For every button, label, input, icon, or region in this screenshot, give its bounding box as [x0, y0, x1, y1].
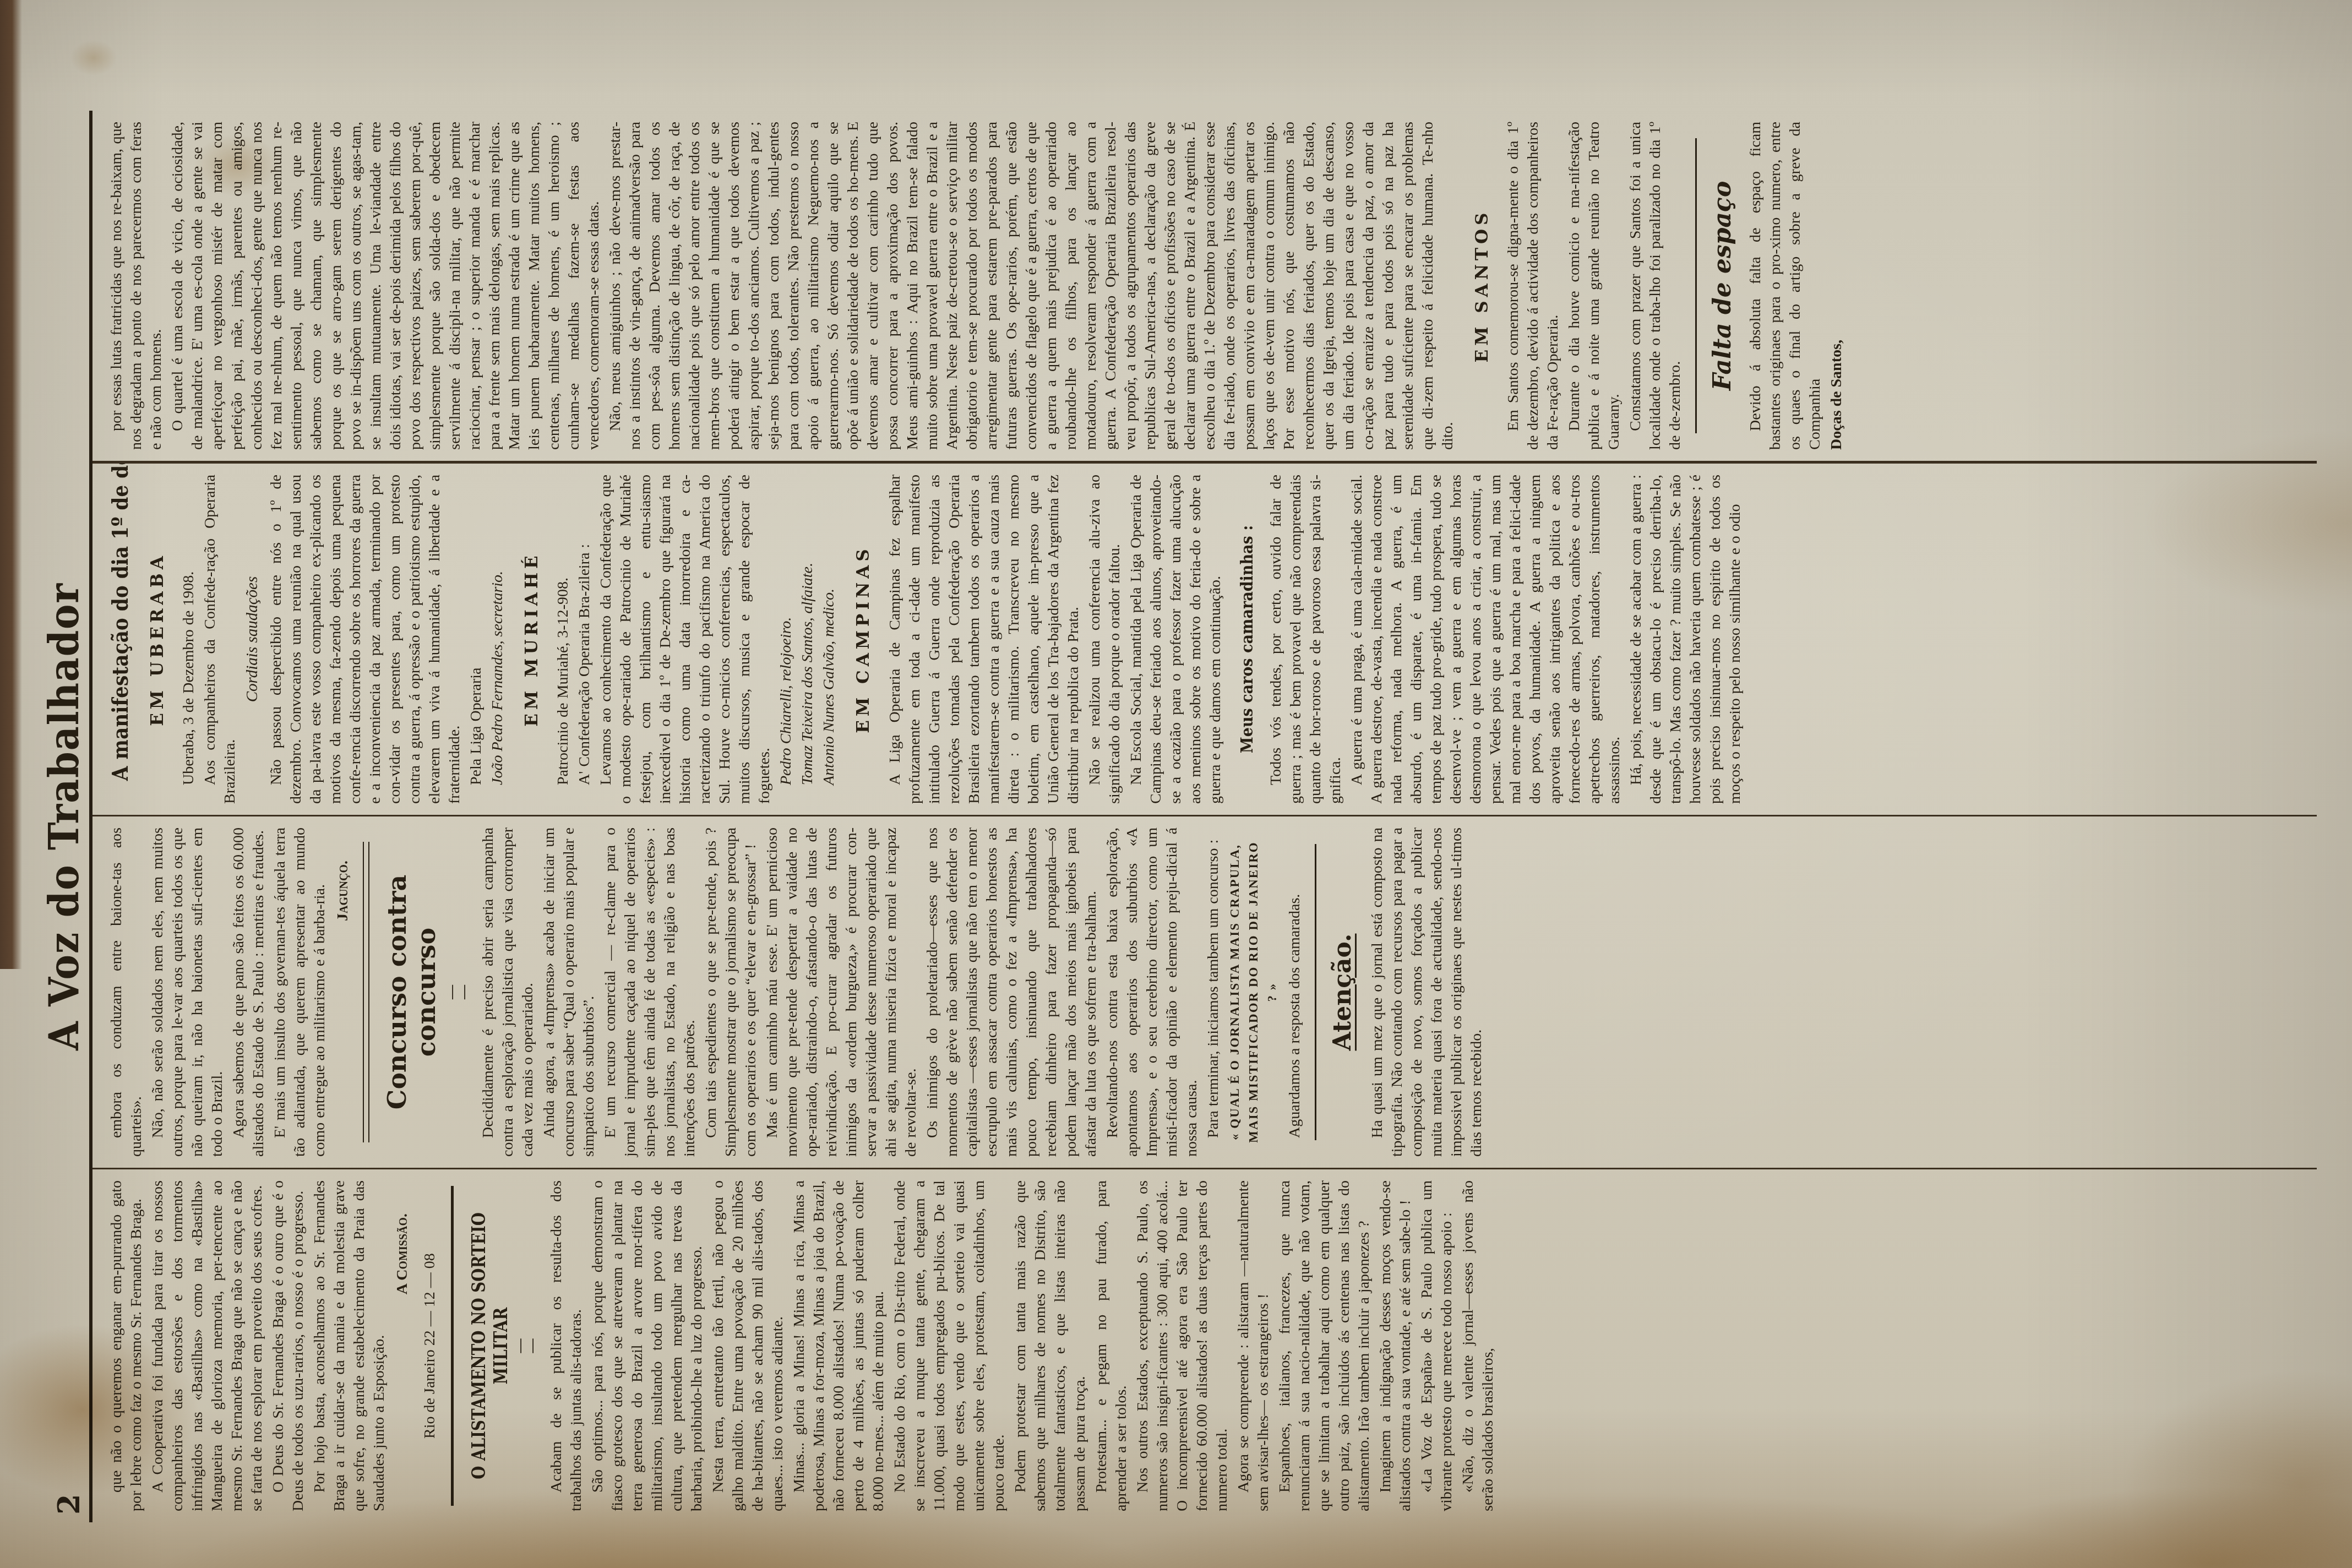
- article-paragraph: Durante o dia houve comicio e ma-nifesta…: [1565, 122, 1624, 450]
- article-paragraph: Não, não serão soldados nem eles, nem mu…: [148, 827, 227, 1157]
- article-headline: Concurso contra concurso: [383, 827, 441, 1157]
- italic-headline: Falta de espaço: [1709, 122, 1737, 450]
- signature-line: Pedro Chiarelli, relojoeiro.: [776, 475, 796, 804]
- article-paragraph: Para terminar, iniciamos tambem um concu…: [1204, 827, 1223, 1157]
- article-paragraph: por essas lutas fratricidas que nos re-b…: [107, 122, 166, 450]
- underlined-headline: Atenção.: [1329, 827, 1358, 1157]
- article-paragraph: E' mais um insulto dos governan-tes áque…: [270, 827, 330, 1157]
- text-column-2: embora os conduzam entre baione-tas aos …: [92, 816, 2317, 1169]
- article-paragraph: Levamos ao conhecimento da Confederação …: [596, 475, 775, 804]
- masthead: 2 A Voz do Trabalhador: [24, 111, 92, 1522]
- article-paragraph: Não se realizou uma conferencia alu-ziva…: [1085, 475, 1125, 804]
- article-paragraph: Uberaba, 3 de Dezembro de 1908.: [179, 475, 199, 804]
- photo-edge-shadow: [0, 0, 22, 969]
- column-area: que não o queremos enganar em-purrando g…: [92, 111, 2317, 1522]
- article-paragraph: Nos outros Estados, exceptuando S. Paulo…: [1133, 1180, 1232, 1511]
- article-paragraph: Nesta terra, entretanto tão fertil, não …: [709, 1180, 788, 1511]
- article-paragraph: Ainda agora, a «Imprensa» acaba de inici…: [540, 827, 599, 1157]
- text-column-1: que não o queremos enganar em-purrando g…: [92, 1169, 2317, 1522]
- article-paragraph: Aos companheiros da Confede-ração Operar…: [200, 475, 240, 804]
- article-paragraph: Constatamos com prazer que Santos foi a …: [1626, 122, 1685, 450]
- signature: A Comissão.: [393, 1180, 412, 1511]
- article-paragraph: «Não, diz o valente jornal—esses jovens …: [1458, 1180, 1498, 1511]
- signature-line: João Pedro Fernandes, secretario.: [488, 475, 508, 804]
- article-paragraph: A guerra é uma praga, é uma cala-midade …: [1347, 475, 1625, 804]
- article-paragraph: Aguardamos a resposta dos camaradas.: [1285, 827, 1305, 1157]
- text-column-4: por essas lutas fratricidas que nos re-b…: [92, 111, 2317, 464]
- article-paragraph: Na Escola Social, mantida pela Liga Oper…: [1126, 475, 1226, 804]
- page-number: 2: [54, 1494, 89, 1522]
- article-paragraph: Podem protestar com tanta mais razão que…: [1011, 1180, 1090, 1511]
- location-subhead: EM MURIAHÉ: [522, 475, 542, 804]
- divider-rule-heavy: [451, 1186, 454, 1506]
- article-paragraph: A' Confederação Operaria Bra-zileira :: [575, 475, 595, 804]
- article-paragraph: São optimos... para nós, porque demonstr…: [588, 1180, 707, 1511]
- article-paragraph: E' um recurso comercial — re-clame para …: [601, 827, 700, 1157]
- article-paragraph: Mas é um caminho máu esse. E' um pernici…: [763, 827, 921, 1157]
- article-paragraph: Em Santos comemorou-se digna-mente o dia…: [1504, 122, 1563, 450]
- divider-rule: [1695, 138, 1697, 433]
- article-paragraph: «La Voz de España» de S. Paulo publica u…: [1417, 1180, 1457, 1511]
- signature: Jagunço.: [333, 827, 353, 1157]
- article-paragraph: A Cooperativa foi fundada para tirar os …: [148, 1180, 267, 1511]
- newspaper-page: 2 A Voz do Trabalhador que não o queremo…: [17, 90, 2352, 1543]
- article-paragraph: Com tais espedientes o que se pre-tende,…: [701, 827, 761, 1157]
- article-paragraph: Imaginem a indignação desses moços vendo…: [1376, 1180, 1415, 1511]
- location-subhead: EM CAMPINAS: [853, 475, 874, 804]
- article-paragraph: Não, meus amiguinhos ; não deve-mos pres…: [606, 122, 1458, 450]
- dash-divider: — —: [445, 827, 470, 1157]
- article-paragraph: Espanhoes, italianos, francezes, que nun…: [1275, 1180, 1374, 1511]
- divider-double-rule: [363, 842, 369, 1142]
- location-subhead: EM UBERABA: [148, 475, 168, 804]
- article-paragraph: Há, pois, necessidade de se acabar com a…: [1626, 475, 1745, 804]
- article-paragraph: Decididamente é preciso abrir seria camp…: [478, 827, 538, 1157]
- section-headline: A manifestação do dia 1º de dezembro: [108, 498, 133, 781]
- newspaper-photo: 2 A Voz do Trabalhador que não o queremo…: [0, 0, 2352, 1568]
- article-paragraph: O Deus do Sr. Fernandes Braga é o ouro q…: [269, 1180, 308, 1511]
- article-paragraph: A Liga Operaria de Campinas fez espalhar…: [885, 475, 1084, 804]
- contest-question: « QUAL É O JORNALISTA MAIS CRAPULA, MAIS…: [1226, 839, 1282, 1146]
- signature-line: Tomaz Teixeira dos Santos, alfaiate.: [798, 475, 818, 804]
- article-paragraph: Devido á absoluta falta de espaço ficam …: [1746, 122, 1825, 450]
- dash-divider: — —: [514, 1180, 538, 1511]
- bold-line: Doças de Santos,: [1827, 122, 1847, 450]
- article-headline-caps: O ALISTAMENTO NO SORTEIO MILITAR: [468, 1207, 511, 1485]
- article-paragraph: Por hojo basta, aconselhamos ao Sr. Fern…: [310, 1180, 389, 1511]
- article-paragraph: Agora se compreende : alistaram —natural…: [1234, 1180, 1273, 1511]
- small-headline: Meus caros camaradinhas :: [1238, 491, 1257, 787]
- divider-rule: [1315, 844, 1316, 1140]
- article-paragraph: No Estado do Rio, com o Dis-trito Federa…: [890, 1180, 1009, 1511]
- article-paragraph: Patrocinio de Muriahé, 3-12-908.: [553, 475, 573, 804]
- article-paragraph: Ha quasi um mez que o jornal está compos…: [1368, 827, 1487, 1157]
- article-paragraph: embora os conduzam entre baione-tas aos …: [107, 827, 146, 1157]
- location-subhead: EM SANTOS: [1472, 122, 1493, 450]
- text-column-3: A manifestação do dia 1º de dezembroEM U…: [92, 464, 2317, 816]
- article-paragraph: Pela Liga Operaria: [466, 475, 486, 804]
- salutation-italic: Cordiais saudações: [242, 475, 262, 804]
- article-paragraph: Agora sabemos de que pano são feitos os …: [229, 827, 269, 1157]
- article-paragraph: Não passou despercibido entre nós o 1º d…: [266, 475, 465, 804]
- article-paragraph: Revoltando-nos contra esta baixa esplora…: [1103, 827, 1202, 1157]
- article-paragraph: Protestam... e pegam no pau furado, para…: [1092, 1180, 1131, 1511]
- masthead-title: A Voz do Trabalhador: [44, 167, 85, 1466]
- article-paragraph: Minas... gloria a Minas! Minas a rica, M…: [790, 1180, 889, 1511]
- article-paragraph: Acabam de se publicar os resulta-dos dos…: [547, 1180, 586, 1511]
- dateline: Rio de Janeiro 22 — 12 — 08: [420, 1180, 440, 1511]
- article-paragraph: Os inimigos do proletariado—esses que no…: [923, 827, 1101, 1157]
- article-paragraph: que não o queremos enganar em-purrando g…: [107, 1180, 146, 1511]
- article-paragraph: Todos vós tendes, por certo, ouvido fala…: [1266, 475, 1346, 804]
- signature-line: Antonio Nunes Galvão, medico.: [819, 475, 839, 804]
- article-paragraph: O quartel é uma escola de vicio, de ocio…: [168, 122, 604, 450]
